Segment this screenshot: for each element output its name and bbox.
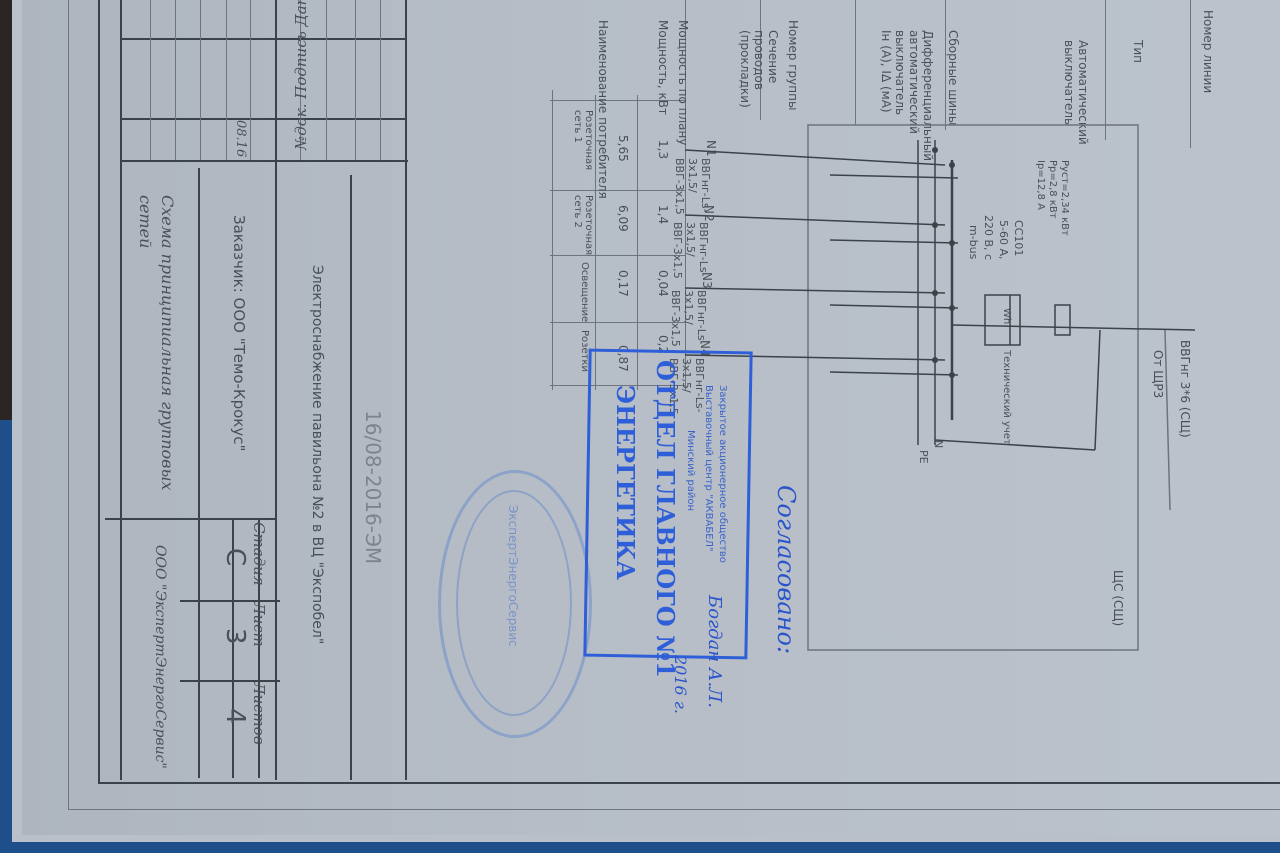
stamp-line-3: Минский район	[685, 430, 696, 511]
bus-n-label: N	[932, 440, 945, 448]
meter-voltage: 220 В, с	[982, 215, 995, 260]
stamp-line-5: ЭНЕРГЕТИКА	[611, 385, 640, 580]
panel-label: ЩС (СЩ)	[1111, 570, 1125, 626]
circuit-n1-id: N1	[704, 140, 718, 157]
feeder-cable: ВВГнг 3*6 (СЩ)	[1178, 340, 1192, 438]
meter-symbol: Wh	[1001, 308, 1012, 324]
stamp-line-4: ОТДЕЛ ГЛАВНОГО №1	[651, 360, 680, 678]
meter-bus: m-bus	[967, 225, 980, 259]
approval-year: 2016 г.	[671, 655, 690, 714]
load-calc-design: Рр=2,8 кВт	[1047, 160, 1058, 219]
circuit-n3-id: N3	[700, 272, 714, 289]
stamp-line-2: Выставочный центр "АКВАБЕЛ"	[703, 385, 714, 552]
approval-handwritten: Согласовано:	[772, 485, 800, 654]
approval-signature-name: Богдан А.Л.	[704, 595, 725, 708]
meter-range: 5-60 А,	[997, 220, 1010, 259]
oval-stamp-text: ЭкспертЭнергоСервис	[506, 505, 520, 647]
meter-label: Технический учет	[1001, 350, 1012, 445]
circuit-n2-id: N2	[702, 205, 716, 222]
bus-pe-label: PE	[917, 450, 930, 464]
load-calc-installed: Руст=2,34 кВт	[1059, 160, 1070, 236]
load-calc-current: Iр=12,8 А	[1035, 160, 1046, 210]
meter-model: СС101	[1012, 220, 1025, 256]
feeder-source: От ЩР3	[1151, 350, 1165, 398]
stamp-line-1: Закрытое акционерное общество	[717, 385, 728, 563]
